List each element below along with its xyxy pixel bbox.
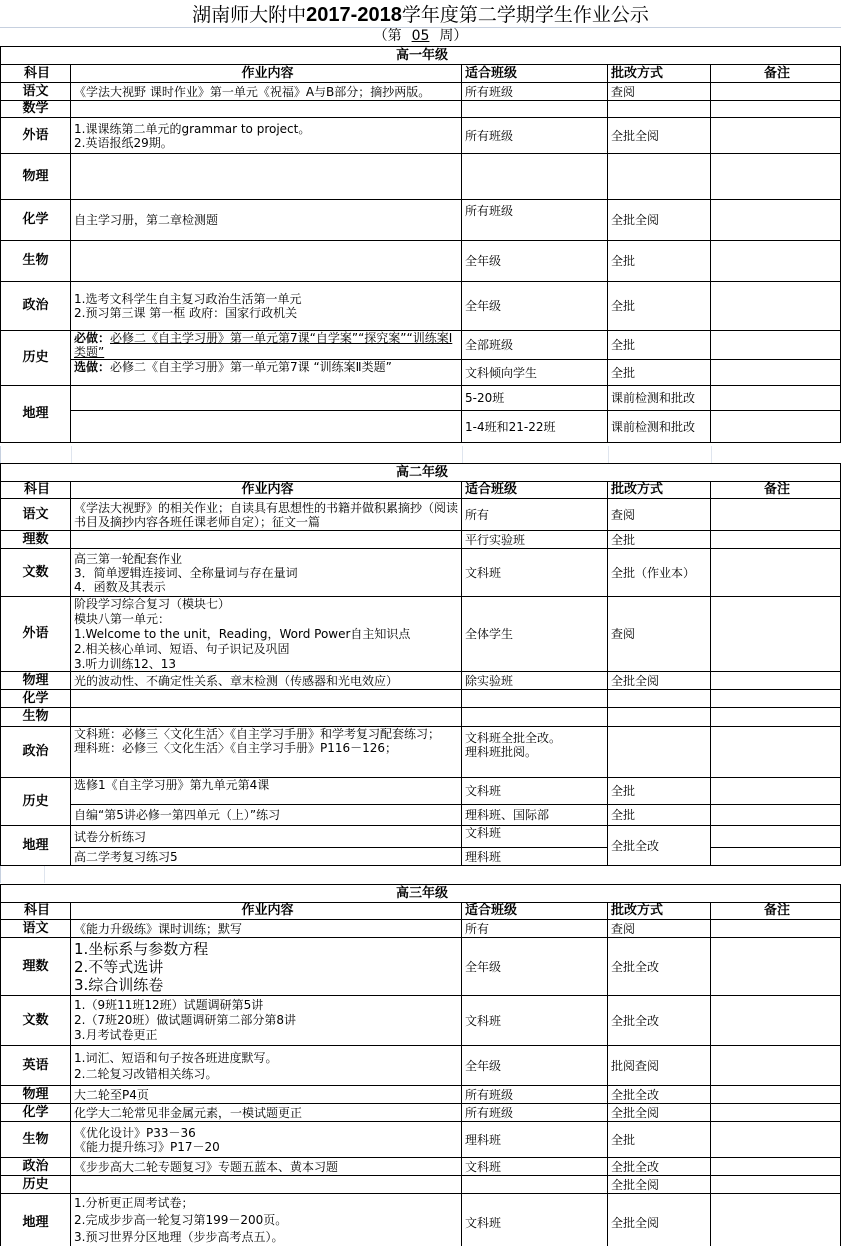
note-cell <box>711 727 841 778</box>
method-cell: 全批 <box>608 531 711 549</box>
week-number: 05 <box>402 28 440 44</box>
table-row: 语文 《学法大视野》的相关作业；自读具有思想性的书籍并做积累摘抄（阅读书目及摘抄… <box>1 499 841 531</box>
table-row: 生物 全年级 全批 <box>1 241 841 282</box>
note-cell <box>711 690 841 708</box>
table-row: 生物 《优化设计》P33－36 《能力提升练习》P17－20 理科班 全批 <box>1 1122 841 1158</box>
classes-cell <box>462 708 608 727</box>
grade-2-table: 高二年级 科目 作业内容 适合班级 批改方式 备注 语文 《学法大视野》的相关作… <box>0 463 841 866</box>
note-cell <box>711 672 841 690</box>
note-cell <box>711 1086 841 1104</box>
grade-1-table: 高一年级 科目 作业内容 适合班级 批改方式 备注 语文 《学法大视野 课时作业… <box>0 46 841 443</box>
subject-cell: 生物 <box>1 241 71 282</box>
subject-cell: 生物 <box>1 1122 71 1158</box>
note-cell <box>711 200 841 241</box>
classes-cell: 所有班级 <box>462 1104 608 1122</box>
optional-label: 选做： <box>74 360 110 374</box>
classes-cell: 理科班 <box>462 1122 608 1158</box>
spacer-row <box>0 866 841 883</box>
table-row: 政治 文科班：必修三〈文化生活〉《自主学习手册》和学考复习配套练习； 理科班：必… <box>1 727 841 778</box>
subject-cell: 历史 <box>1 331 71 386</box>
classes-cell: 除实验班 <box>462 672 608 690</box>
grade-title: 高一年级 <box>1 47 841 65</box>
classes-cell: 文科班 <box>462 1194 608 1246</box>
content-cell: 《步步高大二轮专题复习》专题五蓝本、黄本习题 <box>71 1158 462 1176</box>
title-year: 2017-2018 <box>306 4 402 26</box>
grade-3-table: 高三年级 科目 作业内容 适合班级 批改方式 备注 语文 《能力升级练》课时训练… <box>0 884 841 1246</box>
method-cell <box>608 101 711 118</box>
classes-cell: 文科班 <box>462 996 608 1046</box>
subject-cell: 生物 <box>1 708 71 727</box>
note-cell <box>711 805 841 826</box>
content-cell <box>71 690 462 708</box>
content-cell: 《优化设计》P33－36 《能力提升练习》P17－20 <box>71 1122 462 1158</box>
method-cell: 全批全改 <box>608 996 711 1046</box>
table-row: 化学 化学大二轮常见非金属元素，一模试题更正 所有班级 全批全阅 <box>1 1104 841 1122</box>
note-cell <box>711 708 841 727</box>
required-label: 必做： <box>74 331 110 345</box>
classes-cell: 全体学生 <box>462 597 608 672</box>
content-cell: 1.课课练第二单元的grammar to project。 2.英语报纸29期。 <box>71 118 462 154</box>
classes-cell: 全年级 <box>462 282 608 331</box>
content-cell: 选修1《自主学习册》第九单元第4课 <box>71 778 462 805</box>
note-cell <box>711 1158 841 1176</box>
classes-cell: 1-4班和21-22班 <box>462 411 608 443</box>
col-note: 备注 <box>711 903 841 920</box>
method-cell: 全批 <box>608 1122 711 1158</box>
week-indicator: （第05周） <box>0 27 841 47</box>
content-cell: 1.坐标系与参数方程 2.不等式选讲 3.综合训练卷 <box>71 938 462 996</box>
subject-cell: 历史 <box>1 1176 71 1194</box>
title-suffix: 学年度第二学期学生作业公示 <box>402 4 649 26</box>
classes-cell: 所有班级 <box>462 200 608 241</box>
note-cell <box>711 1122 841 1158</box>
table-row: 历史 必做：必修二《自主学习册》第一单元第7课“自学案”“探究案”“训练案Ⅰ类题… <box>1 331 841 360</box>
note-cell <box>711 826 841 848</box>
subject-cell: 外语 <box>1 597 71 672</box>
content-cell: 自主学习册，第二章检测题 <box>71 200 462 241</box>
content-cell: 自编“第5讲必修一第四单元（上）”练习 <box>71 805 462 826</box>
classes-cell <box>462 690 608 708</box>
col-subject: 科目 <box>1 903 71 920</box>
method-cell: 课前检测和批改 <box>608 386 711 411</box>
subject-cell: 地理 <box>1 1194 71 1246</box>
method-cell: 全批全阅 <box>608 1194 711 1246</box>
classes-cell: 理科班、国际部 <box>462 805 608 826</box>
table-row: 地理 试卷分析练习 文科班 全批全改 <box>1 826 841 848</box>
table-row: 物理 <box>1 154 841 200</box>
col-subject: 科目 <box>1 482 71 499</box>
classes-cell: 全年级 <box>462 241 608 282</box>
col-content: 作业内容 <box>71 482 462 499</box>
method-cell: 全批 <box>608 241 711 282</box>
classes-cell: 全部班级 <box>462 331 608 360</box>
note-cell <box>711 154 841 200</box>
content-cell: 文科班：必修三〈文化生活〉《自主学习手册》和学考复习配套练习； 理科班：必修三〈… <box>71 727 462 778</box>
content-cell <box>71 1176 462 1194</box>
method-cell: 全批全改 <box>608 826 711 866</box>
table-row: 语文 《学法大视野 课时作业》第一单元《祝福》A与B部分；摘抄两版。 所有班级 … <box>1 83 841 101</box>
classes-cell: 文科班 <box>462 826 608 848</box>
classes-cell: 文科班 <box>462 549 608 597</box>
col-content: 作业内容 <box>71 65 462 83</box>
method-cell: 全批全改 <box>608 1086 711 1104</box>
table-row: 地理 5-20班 课前检测和批改 <box>1 386 841 411</box>
note-cell <box>711 778 841 805</box>
method-cell: 全批 <box>608 778 711 805</box>
content-text: 必修二《自主学习册》第一单元第7课 “训练案Ⅱ类题” <box>110 360 392 374</box>
method-cell: 全批 <box>608 805 711 826</box>
subject-cell: 语文 <box>1 920 71 938</box>
classes-cell: 文科班 <box>462 1158 608 1176</box>
week-open: （第 <box>374 28 402 44</box>
page-title: 湖南师大附中2017-2018学年度第二学期学生作业公示 <box>0 0 841 28</box>
content-text: 1.分析更正周考试卷； 2.完成步步高一轮复习第199－200页。 3.预习世界… <box>74 1195 461 1246</box>
classes-cell: 平行实验班 <box>462 531 608 549</box>
subject-cell: 地理 <box>1 826 71 866</box>
content-text: 文科班：必修三〈文化生活〉《自主学习手册》和学考复习配套练习； 理科班：必修三〈… <box>74 727 461 777</box>
classes-cell: 文科班全批全改。 理科班批阅。 <box>462 727 608 778</box>
subject-cell: 物理 <box>1 1086 71 1104</box>
method-cell: 查阅 <box>608 83 711 101</box>
note-cell <box>711 848 841 866</box>
method-cell: 全批 <box>608 360 711 386</box>
table-row: 自编“第5讲必修一第四单元（上）”练习 理科班、国际部 全批 <box>1 805 841 826</box>
note-cell <box>711 386 841 411</box>
table-row: 历史 选修1《自主学习册》第九单元第4课 文科班 全批 <box>1 778 841 805</box>
method-cell: 全批全阅 <box>608 672 711 690</box>
table-row: 英语 1.词汇、短语和句子按各班进度默写。 2.二轮复习改错相关练习。 全年级 … <box>1 1046 841 1086</box>
method-cell: 全批 <box>608 331 711 360</box>
content-cell: 必做：必修二《自主学习册》第一单元第7课“自学案”“探究案”“训练案Ⅰ类题” <box>71 331 462 360</box>
method-cell <box>608 708 711 727</box>
note-cell <box>711 101 841 118</box>
content-cell <box>71 708 462 727</box>
spacer-row <box>0 446 841 463</box>
note-cell <box>711 1104 841 1122</box>
content-text: 阶段学习综合复习（模块七） 模块八第一单元： 1.Welcome to the … <box>74 597 461 670</box>
subject-cell: 政治 <box>1 282 71 331</box>
content-cell <box>71 411 462 443</box>
note-cell <box>711 1194 841 1246</box>
table-row: 外语 1.课课练第二单元的grammar to project。 2.英语报纸2… <box>1 118 841 154</box>
table-row: 1-4班和21-22班 课前检测和批改 <box>1 411 841 443</box>
classes-cell: 所有 <box>462 920 608 938</box>
content-cell <box>71 241 462 282</box>
table-row: 生物 <box>1 708 841 727</box>
content-cell: 化学大二轮常见非金属元素，一模试题更正 <box>71 1104 462 1122</box>
content-cell: 《学法大视野 课时作业》第一单元《祝福》A与B部分；摘抄两版。 <box>71 83 462 101</box>
note-cell <box>711 411 841 443</box>
subject-cell: 物理 <box>1 154 71 200</box>
subject-cell: 文数 <box>1 996 71 1046</box>
content-cell: 高二学考复习练习5 <box>71 848 462 866</box>
table-row: 物理 大二轮至P4页 所有班级 全批全改 <box>1 1086 841 1104</box>
subject-cell: 理数 <box>1 938 71 996</box>
table-row: 文数 高三第一轮配套作业 3．简单逻辑连接词、全称量词与存在量词 4．函数及其表… <box>1 549 841 597</box>
classes-cell: 5-20班 <box>462 386 608 411</box>
classes-cell: 全年级 <box>462 1046 608 1086</box>
table-row: 数学 <box>1 101 841 118</box>
classes-cell: 文科班 <box>462 778 608 805</box>
subject-cell: 数学 <box>1 101 71 118</box>
note-cell <box>711 996 841 1046</box>
subject-cell: 外语 <box>1 118 71 154</box>
subject-cell: 英语 <box>1 1046 71 1086</box>
method-cell: 全批 <box>608 282 711 331</box>
col-method: 批改方式 <box>608 903 711 920</box>
col-classes: 适合班级 <box>462 482 608 499</box>
col-note: 备注 <box>711 482 841 499</box>
classes-cell <box>462 101 608 118</box>
grade-title: 高三年级 <box>1 885 841 903</box>
table-row: 外语 阶段学习综合复习（模块七） 模块八第一单元： 1.Welcome to t… <box>1 597 841 672</box>
table-row: 高二学考复习练习5 理科班 <box>1 848 841 866</box>
note-cell <box>711 531 841 549</box>
method-cell: 全批全改 <box>608 938 711 996</box>
col-note: 备注 <box>711 65 841 83</box>
table-row: 历史 全批全阅 <box>1 1176 841 1194</box>
content-cell <box>71 531 462 549</box>
content-cell: 大二轮至P4页 <box>71 1086 462 1104</box>
subject-cell: 语文 <box>1 499 71 531</box>
table-row: 化学 <box>1 690 841 708</box>
subject-cell: 政治 <box>1 727 71 778</box>
note-cell <box>711 938 841 996</box>
table-row: 选做：必修二《自主学习册》第一单元第7课 “训练案Ⅱ类题” 文科倾向学生 全批 <box>1 360 841 386</box>
table-row: 物理 光的波动性、不确定性关系、章末检测（传感器和光电效应） 除实验班 全批全阅 <box>1 672 841 690</box>
note-cell <box>711 597 841 672</box>
table-row: 化学 自主学习册，第二章检测题 所有班级 全批全阅 <box>1 200 841 241</box>
header-row: 科目 作业内容 适合班级 批改方式 备注 <box>1 903 841 920</box>
method-cell: 全批全阅 <box>608 118 711 154</box>
content-text: 必修二《自主学习册》第一单元第7课“自学案”“探究案”“训练案Ⅰ类题” <box>74 331 452 359</box>
note-cell <box>711 549 841 597</box>
content-cell: 光的波动性、不确定性关系、章末检测（传感器和光电效应） <box>71 672 462 690</box>
content-cell: 《学法大视野》的相关作业；自读具有思想性的书籍并做积累摘抄（阅读书目及摘抄内容各… <box>71 499 462 531</box>
note-cell <box>711 1046 841 1086</box>
note-cell <box>711 83 841 101</box>
note-cell <box>711 331 841 360</box>
col-method: 批改方式 <box>608 482 711 499</box>
method-cell: 全批全阅 <box>608 1104 711 1122</box>
note-cell <box>711 241 841 282</box>
method-cell <box>608 690 711 708</box>
classes-cell <box>462 1176 608 1194</box>
note-cell <box>711 360 841 386</box>
method-cell: 课前检测和批改 <box>608 411 711 443</box>
method-cell <box>608 154 711 200</box>
note-cell <box>711 118 841 154</box>
table-row: 理数 1.坐标系与参数方程 2.不等式选讲 3.综合训练卷 全年级 全批全改 <box>1 938 841 996</box>
title-school: 湖南师大附中 <box>192 4 306 26</box>
subject-cell: 历史 <box>1 778 71 826</box>
method-cell: 查阅 <box>608 499 711 531</box>
content-cell <box>71 101 462 118</box>
method-cell <box>608 727 711 778</box>
table-row: 语文 《能力升级练》课时训练；默写 所有 查阅 <box>1 920 841 938</box>
subject-cell: 物理 <box>1 672 71 690</box>
method-cell: 全批全改 <box>608 1158 711 1176</box>
note-cell <box>711 1176 841 1194</box>
classes-cell <box>462 154 608 200</box>
classes-cell: 所有班级 <box>462 83 608 101</box>
content-cell: 《能力升级练》课时训练；默写 <box>71 920 462 938</box>
table-row: 政治 《步步高大二轮专题复习》专题五蓝本、黄本习题 文科班 全批全改 <box>1 1158 841 1176</box>
col-classes: 适合班级 <box>462 903 608 920</box>
classes-cell: 文科倾向学生 <box>462 360 608 386</box>
classes-cell: 全年级 <box>462 938 608 996</box>
homework-sheet: 湖南师大附中2017-2018学年度第二学期学生作业公示 （第05周） 高一年级… <box>0 0 841 1246</box>
week-close: 周） <box>439 28 467 44</box>
content-cell <box>71 154 462 200</box>
table-row: 理数 平行实验班 全批 <box>1 531 841 549</box>
method-cell: 全批全阅 <box>608 200 711 241</box>
header-row: 科目 作业内容 适合班级 批改方式 备注 <box>1 65 841 83</box>
method-cell: 全批全阅 <box>608 1176 711 1194</box>
subject-cell: 政治 <box>1 1158 71 1176</box>
subject-cell: 语文 <box>1 83 71 101</box>
content-cell: 1.词汇、短语和句子按各班进度默写。 2.二轮复习改错相关练习。 <box>71 1046 462 1086</box>
content-cell <box>71 386 462 411</box>
method-cell: 查阅 <box>608 597 711 672</box>
content-cell: 1.选考文科学生自主复习政治生活第一单元 2.预习第三课 第一框 政府：国家行政… <box>71 282 462 331</box>
method-cell: 查阅 <box>608 920 711 938</box>
subject-cell: 化学 <box>1 1104 71 1122</box>
note-cell <box>711 920 841 938</box>
method-cell: 批阅查阅 <box>608 1046 711 1086</box>
subject-cell: 地理 <box>1 386 71 443</box>
col-classes: 适合班级 <box>462 65 608 83</box>
content-cell: 阶段学习综合复习（模块七） 模块八第一单元： 1.Welcome to the … <box>71 597 462 672</box>
content-cell: 1.（9班11班12班）试题调研第5讲 2.（7班20班）做试题调研第二部分第8… <box>71 996 462 1046</box>
method-cell: 全批（作业本） <box>608 549 711 597</box>
table-row: 文数 1.（9班11班12班）试题调研第5讲 2.（7班20班）做试题调研第二部… <box>1 996 841 1046</box>
note-cell <box>711 282 841 331</box>
note-cell <box>711 499 841 531</box>
content-cell: 选做：必修二《自主学习册》第一单元第7课 “训练案Ⅱ类题” <box>71 360 462 386</box>
subject-cell: 化学 <box>1 690 71 708</box>
grade-title: 高二年级 <box>1 464 841 482</box>
col-method: 批改方式 <box>608 65 711 83</box>
content-cell: 试卷分析练习 <box>71 826 462 848</box>
classes-cell: 所有班级 <box>462 1086 608 1104</box>
table-row: 政治 1.选考文科学生自主复习政治生活第一单元 2.预习第三课 第一框 政府：国… <box>1 282 841 331</box>
header-row: 科目 作业内容 适合班级 批改方式 备注 <box>1 482 841 499</box>
col-subject: 科目 <box>1 65 71 83</box>
col-content: 作业内容 <box>71 903 462 920</box>
table-row: 地理 1.分析更正周考试卷； 2.完成步步高一轮复习第199－200页。 3.预… <box>1 1194 841 1246</box>
subject-cell: 理数 <box>1 531 71 549</box>
subject-cell: 文数 <box>1 549 71 597</box>
content-cell: 高三第一轮配套作业 3．简单逻辑连接词、全称量词与存在量词 4．函数及其表示 <box>71 549 462 597</box>
content-cell: 1.分析更正周考试卷； 2.完成步步高一轮复习第199－200页。 3.预习世界… <box>71 1194 462 1246</box>
classes-cell: 所有班级 <box>462 118 608 154</box>
subject-cell: 化学 <box>1 200 71 241</box>
classes-cell: 理科班 <box>462 848 608 866</box>
classes-cell: 所有 <box>462 499 608 531</box>
